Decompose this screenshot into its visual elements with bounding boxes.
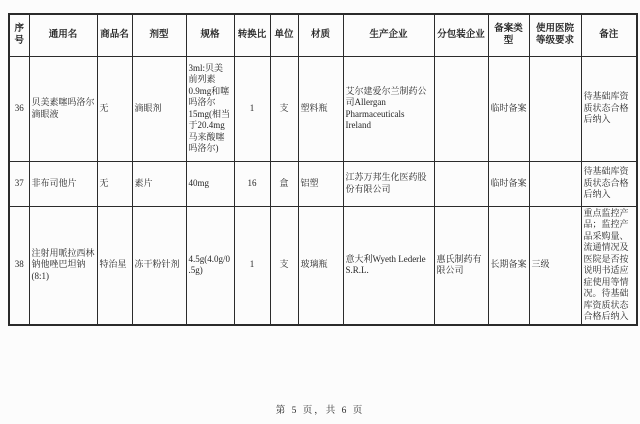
- cell-filing-type: 临时备案: [488, 56, 529, 161]
- col-header-generic-name: 通用名: [29, 14, 97, 56]
- cell-seq: 36: [9, 56, 29, 161]
- col-header-unit: 单位: [270, 14, 298, 56]
- cell-material: 铝塑: [298, 161, 343, 206]
- cell-dosage-form: 滴眼剂: [132, 56, 186, 161]
- col-header-repackager: 分包装企业: [434, 14, 488, 56]
- col-header-conversion-ratio: 转换比: [234, 14, 270, 56]
- drug-catalog-table: 序号 通用名 商品名 剂型 规格 转换比 单位 材质 生产企业 分包装企业 备案…: [8, 13, 638, 326]
- cell-material: 玻璃瓶: [298, 206, 343, 325]
- cell-repackager: [434, 161, 488, 206]
- cell-spec: 4.5g(4.0g/0.5g): [186, 206, 234, 325]
- col-header-material: 材质: [298, 14, 343, 56]
- cell-brand-name: 无: [97, 56, 132, 161]
- cell-repackager: 惠氏制药有限公司: [434, 206, 488, 325]
- cell-conversion-ratio: 1: [234, 206, 270, 325]
- col-header-spec: 规格: [186, 14, 234, 56]
- cell-hospital-level: 三级: [529, 206, 581, 325]
- table-row: 36 贝美素噻吗洛尔滴眼液 无 滴眼剂 3ml:贝美前列素0.9mg和噻吗洛尔1…: [9, 56, 637, 161]
- col-header-manufacturer: 生产企业: [343, 14, 434, 56]
- cell-remark: 待基础库资质状态合格后纳入: [581, 56, 637, 161]
- table-row: 37 非布司他片 无 素片 40mg 16 盒 铝塑 江苏万邦生化医药股份有限公…: [9, 161, 637, 206]
- cell-unit: 盒: [270, 161, 298, 206]
- cell-spec: 40mg: [186, 161, 234, 206]
- cell-filing-type: 长期备案: [488, 206, 529, 325]
- document-page: 序号 通用名 商品名 剂型 规格 转换比 单位 材质 生产企业 分包装企业 备案…: [0, 0, 640, 424]
- table-row: 38 注射用哌拉西林钠他唑巴坦钠(8:1) 特治星 冻干粉针剂 4.5g(4.0…: [9, 206, 637, 325]
- cell-brand-name: 特治星: [97, 206, 132, 325]
- col-header-brand-name: 商品名: [97, 14, 132, 56]
- table-header-row: 序号 通用名 商品名 剂型 规格 转换比 单位 材质 生产企业 分包装企业 备案…: [9, 14, 637, 56]
- col-header-dosage-form: 剂型: [132, 14, 186, 56]
- page-number: 第 5 页，共 6 页: [0, 402, 640, 416]
- cell-manufacturer: 艾尔建爱尔兰制药公司Allergan Pharmaceuticals Irela…: [343, 56, 434, 161]
- cell-conversion-ratio: 16: [234, 161, 270, 206]
- cell-brand-name: 无: [97, 161, 132, 206]
- cell-seq: 37: [9, 161, 29, 206]
- cell-dosage-form: 冻干粉针剂: [132, 206, 186, 325]
- cell-repackager: [434, 56, 488, 161]
- cell-unit: 支: [270, 56, 298, 161]
- cell-manufacturer: 意大利Wyeth Lederle S.R.L.: [343, 206, 434, 325]
- col-header-filing-type: 备案类型: [488, 14, 529, 56]
- col-header-hospital-level: 使用医院等级要求: [529, 14, 581, 56]
- cell-conversion-ratio: 1: [234, 56, 270, 161]
- cell-remark: 待基础库资质状态合格后纳入: [581, 161, 637, 206]
- cell-hospital-level: [529, 161, 581, 206]
- cell-remark: 重点监控产品；监控产品采购量、流通情况及医院是否按说明书适应症使用等情况。待基础…: [581, 206, 637, 325]
- cell-generic-name: 注射用哌拉西林钠他唑巴坦钠(8:1): [29, 206, 97, 325]
- cell-generic-name: 贝美素噻吗洛尔滴眼液: [29, 56, 97, 161]
- cell-seq: 38: [9, 206, 29, 325]
- cell-filing-type: 临时备案: [488, 161, 529, 206]
- col-header-seq: 序号: [9, 14, 29, 56]
- cell-manufacturer: 江苏万邦生化医药股份有限公司: [343, 161, 434, 206]
- cell-unit: 支: [270, 206, 298, 325]
- cell-material: 塑料瓶: [298, 56, 343, 161]
- cell-generic-name: 非布司他片: [29, 161, 97, 206]
- cell-dosage-form: 素片: [132, 161, 186, 206]
- col-header-remark: 备注: [581, 14, 637, 56]
- cell-hospital-level: [529, 56, 581, 161]
- cell-spec: 3ml:贝美前列素0.9mg和噻吗洛尔15mg(相当于20.4mg马来酸噻吗洛尔…: [186, 56, 234, 161]
